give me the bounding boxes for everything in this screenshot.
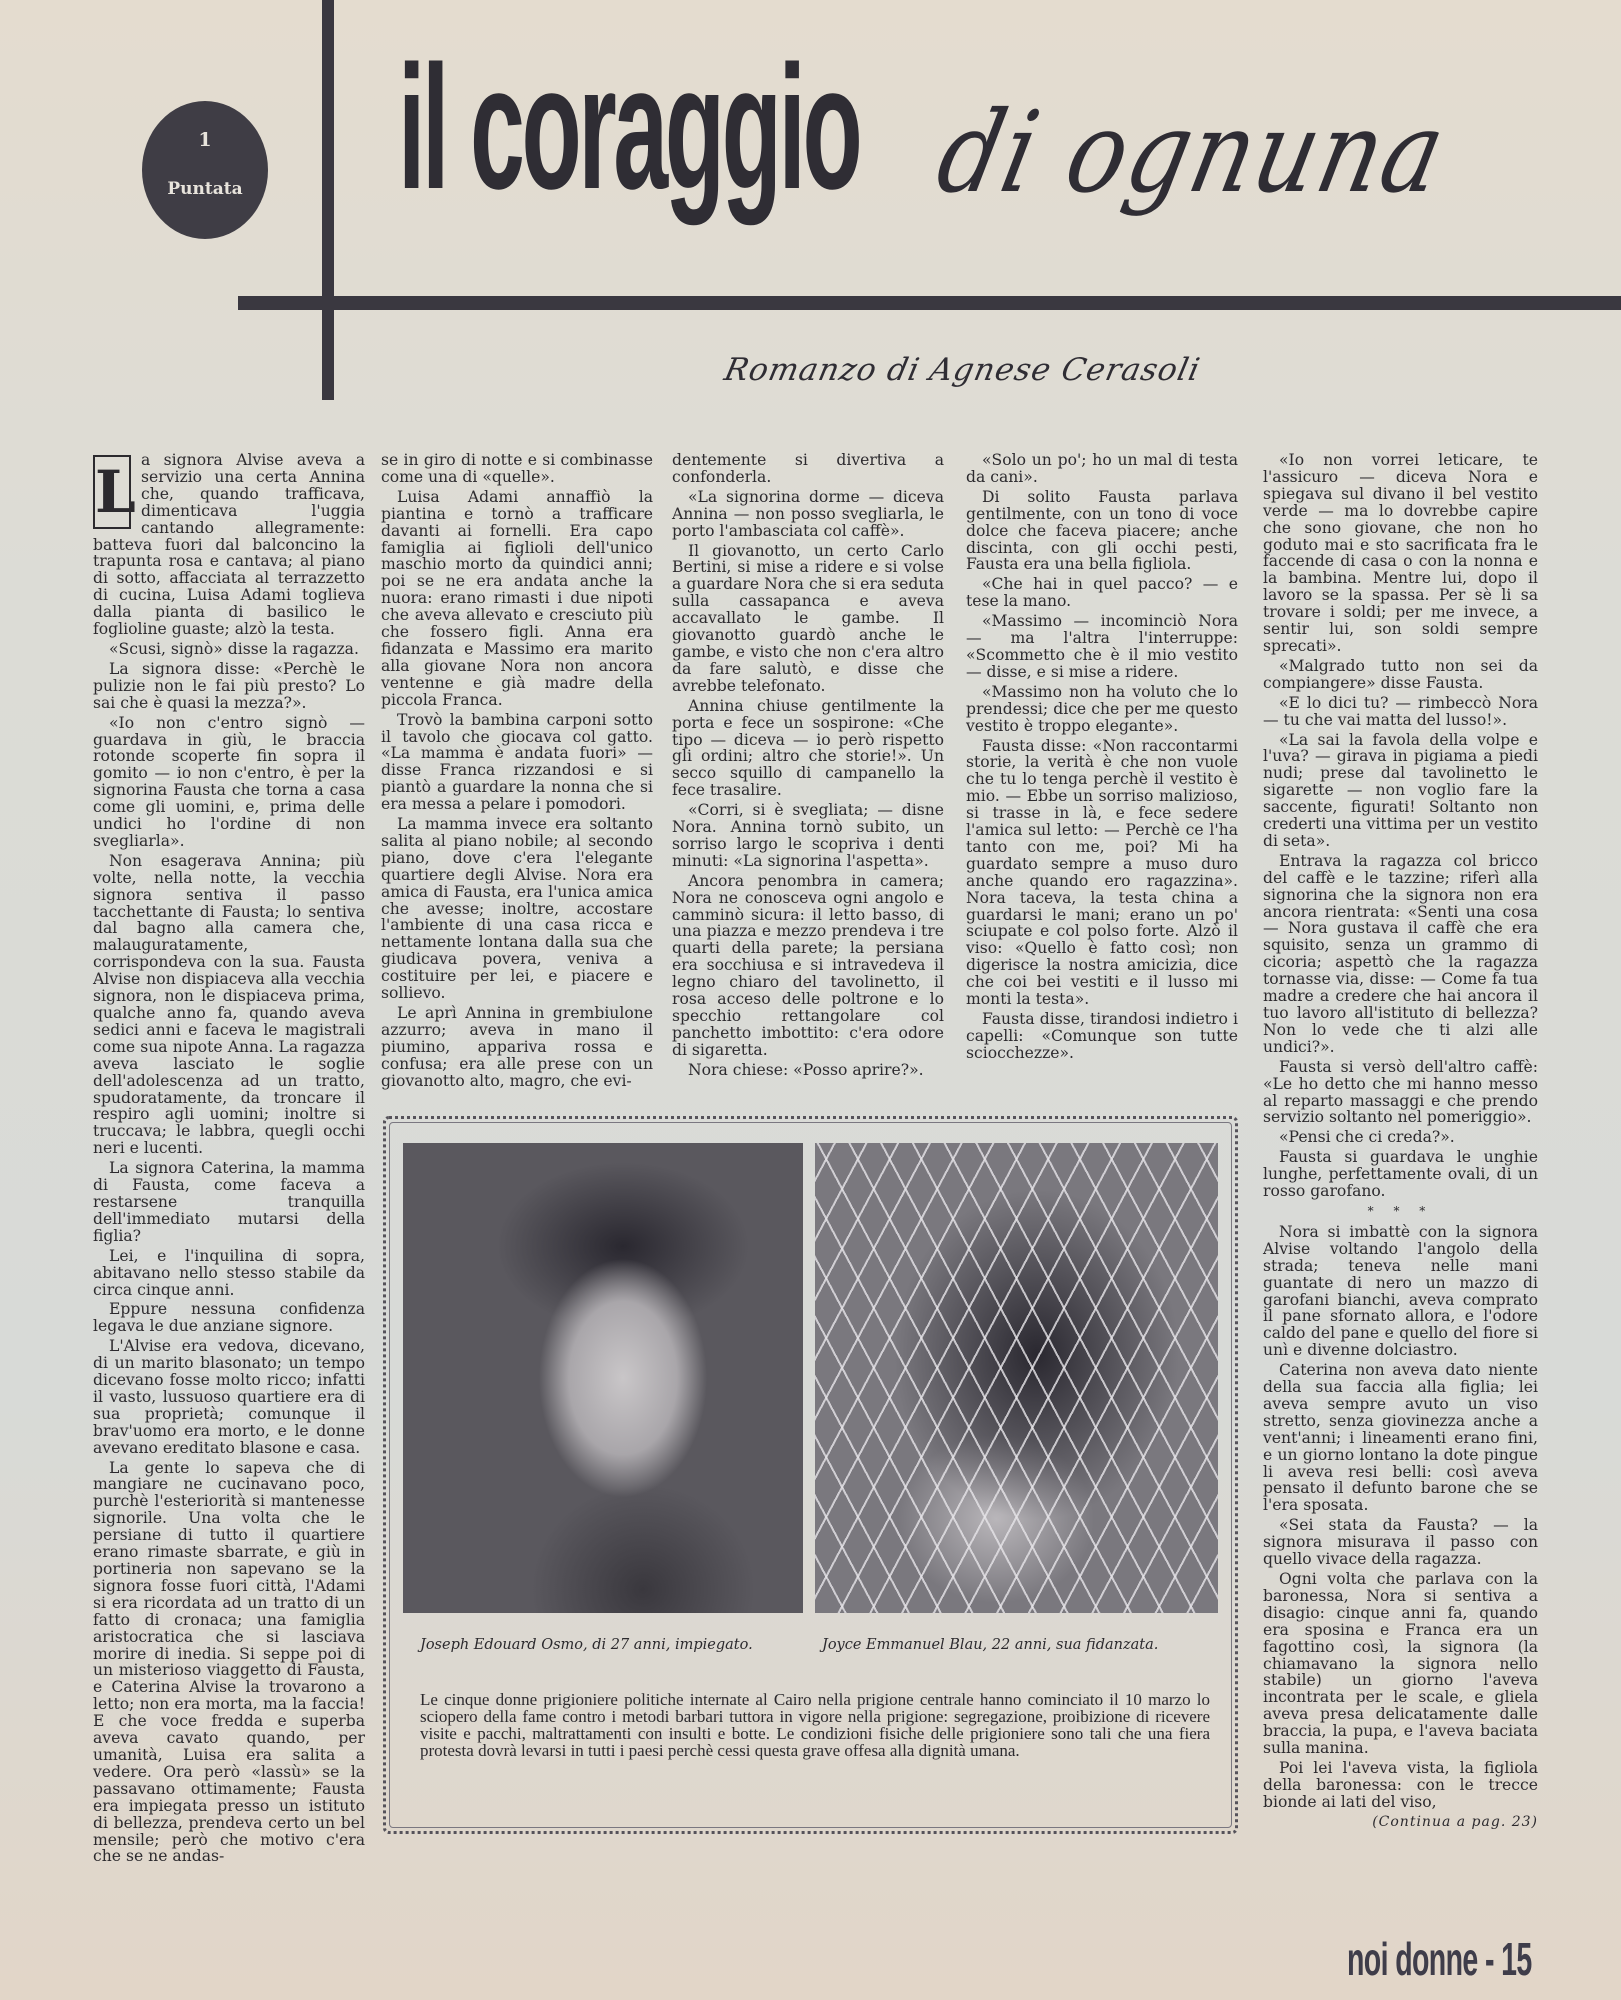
paragraph: Non esagerava Annina; più volte, nella n… [93, 853, 365, 1157]
photo-box-text: Le cinque donne prigioniere politiche in… [420, 1691, 1210, 1759]
photo-man-portrait [403, 1143, 803, 1613]
paragraph: Nora si imbattè con la signora Alvise vo… [1263, 1224, 1538, 1359]
paragraph: Fausta disse, tirandosi indietro i capel… [966, 1011, 1238, 1062]
paragraph: La signora disse: «Perchè le pulizie non… [93, 661, 365, 712]
paragraph: Fausta si versò dell'altro caffè: «Le ho… [1263, 1059, 1538, 1127]
continued-note: (Continua a pag. 23) [1263, 1814, 1538, 1831]
paragraph: Eppure nessuna confidenza legava le due … [93, 1301, 365, 1335]
paragraph: «Massimo non ha voluto che lo prendessi;… [966, 684, 1238, 735]
title-main: il coraggio [398, 40, 859, 216]
paragraph: «Massimo — incominciò Nora — ma l'altra … [966, 613, 1238, 681]
paragraph: Annina chiuse gentilmente la porta e fec… [672, 698, 944, 799]
paragraph: «Solo un po'; ho un mal di testa da cani… [966, 452, 1238, 486]
paragraph: Trovò la bambina carponi sotto il tavolo… [381, 712, 653, 813]
paragraph: Ancora penombra in camera; Nora ne conos… [672, 873, 944, 1059]
article-column-3: dentemente si divertiva a confonderla. «… [672, 452, 944, 1082]
paragraph: Ogni volta che parlava con la baronessa,… [1263, 1571, 1538, 1757]
photo-woman-behind-fence [815, 1143, 1218, 1613]
article-column-4: «Solo un po'; ho un mal di testa da cani… [966, 452, 1238, 1065]
title-script: di ognuna [927, 88, 1457, 218]
paragraph: «Corri, si è svegliata; — disne Nora. An… [672, 802, 944, 870]
episode-label: Puntata [142, 179, 268, 199]
magazine-name: noi donne [1347, 1933, 1478, 1985]
drop-cap: L [93, 455, 131, 529]
paragraph: «Pensi che ci creda?». [1263, 1129, 1538, 1146]
paragraph: L'Alvise era vedova, dicevano, di un mar… [93, 1338, 365, 1456]
paragraph: «Sei stata da Fausta? — la signora misur… [1263, 1517, 1538, 1568]
article-column-5: «Io non vorrei leticare, te l'assicuro —… [1263, 452, 1538, 1831]
paragraph: Luisa Adami annaffiò la piantina e tornò… [381, 489, 653, 709]
paragraph: «La signorina dorme — diceva Annina — no… [672, 489, 944, 540]
photo-box: Joseph Edouard Osmo, di 27 anni, impiega… [383, 1116, 1238, 1834]
section-separator: * * * [1263, 1203, 1538, 1220]
paragraph: «Scusi, signò» disse la ragazza. [93, 641, 365, 658]
photo-caption-1: Joseph Edouard Osmo, di 27 anni, impiega… [420, 1637, 753, 1653]
paragraph: La mamma invece era soltanto salita al p… [381, 816, 653, 1002]
paragraph: Fausta si guardava le unghie lunghe, per… [1263, 1149, 1538, 1200]
byline: Romanzo di Agnese Cerasoli [721, 352, 1203, 388]
paragraph: Caterina non aveva dato niente della sua… [1263, 1362, 1538, 1514]
paragraph: «E lo dici tu? — rimbeccò Nora — tu che … [1263, 695, 1538, 729]
paragraph: La signora Alvise aveva a servizio una c… [93, 452, 365, 638]
paragraph: «Che hai in quel pacco? — e tese la mano… [966, 576, 1238, 610]
paragraph: se in giro di notte e si combinasse come… [381, 452, 653, 486]
paragraph: Le aprì Annina in grembiulone azzurro; a… [381, 1005, 653, 1090]
article-column-1: La signora Alvise aveva a servizio una c… [93, 452, 365, 1868]
paragraph: «Malgrado tutto non sei da compiangere» … [1263, 658, 1538, 692]
paragraph: La signora Caterina, la mamma di Fausta,… [93, 1160, 365, 1245]
paragraph: Nora chiese: «Posso aprire?». [672, 1062, 944, 1079]
paragraph: Entrava la ragazza col bricco del caffè … [1263, 853, 1538, 1056]
page-footer: noi donne - 15 [1347, 1932, 1532, 1986]
episode-number: 1 [142, 129, 268, 151]
footer-separator: - [1478, 1933, 1501, 1985]
paragraph: «La sai la favola della volpe e l'uva? —… [1263, 732, 1538, 850]
article-column-2: se in giro di notte e si combinasse come… [381, 452, 653, 1093]
paragraph: La gente lo sapeva che di mangiare ne cu… [93, 1460, 365, 1866]
decorative-vertical-rule [322, 0, 334, 400]
paragraph: Poi lei l'aveva vista, la figliola della… [1263, 1760, 1538, 1811]
page-number: 15 [1501, 1933, 1531, 1985]
paragraph: Il giovanotto, un certo Carlo Bertini, s… [672, 543, 944, 695]
paragraph: «Io non c'entro signò — guardava in giù,… [93, 715, 365, 850]
paragraph: Lei, e l'inquilina di sopra, abitavano n… [93, 1248, 365, 1299]
episode-badge: 1 Puntata [142, 101, 268, 239]
paragraph: dentemente si divertiva a confonderla. [672, 452, 944, 486]
decorative-horizontal-rule [238, 296, 1621, 310]
photo-caption-2: Joyce Emmanuel Blau, 22 anni, sua fidanz… [822, 1637, 1158, 1653]
paragraph: Fausta disse: «Non raccontarmi storie, l… [966, 738, 1238, 1009]
paragraph: Di solito Fausta parlava gentilmente, co… [966, 489, 1238, 574]
paragraph: «Io non vorrei leticare, te l'assicuro —… [1263, 452, 1538, 655]
